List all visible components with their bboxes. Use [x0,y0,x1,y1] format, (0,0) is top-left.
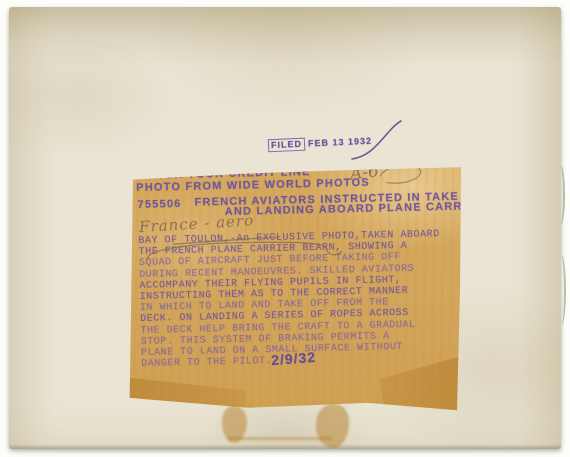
handwritten-routing-mark: A-6 [349,161,380,185]
paper-top-shading [9,7,561,67]
serial-number: 755506 [137,199,181,211]
scan-background: FILEDFEB 13 1932 WATCH YOUR CREDIT LINE … [0,0,570,457]
typed-caption-body: BAY OF TOULON,-An EXCLUSIVE PHOTO,TAKEN … [138,229,442,370]
filed-stamp-word: FILED [268,138,306,153]
photo-back-paper: FILEDFEB 13 1932 WATCH YOUR CREDIT LINE … [9,7,561,449]
paper-bottom-edge-shadow [9,444,561,449]
handwritten-subject-note: France - aero [139,211,255,236]
photo-edge-curl-bottom [557,255,566,325]
glue-stain-streak [228,437,332,440]
caption-tape: WATCH YOUR CREDIT LINE PHOTO FROM WIDE W… [128,166,461,414]
filed-stamp-date: FEB 13 1932 [308,136,372,149]
date-stamp: 2/9/32 [271,349,317,368]
glue-stain-right [316,404,349,448]
filed-date-stamp: FILEDFEB 13 1932 [268,136,372,151]
tape-content: WATCH YOUR CREDIT LINE PHOTO FROM WIDE W… [128,159,467,414]
photo-edge-curl-top [556,165,565,225]
